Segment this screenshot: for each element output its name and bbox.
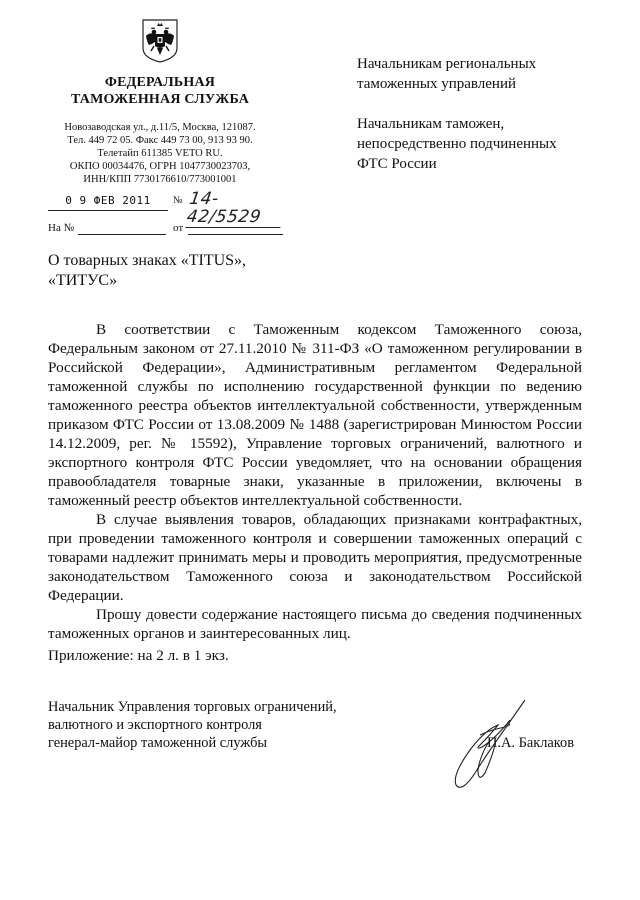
letter-body: В соответствии с Таможенным кодексом Там…	[48, 320, 582, 643]
organization-name-line: ФЕДЕРАЛЬНАЯ	[60, 74, 260, 91]
address-line: Новозаводская ул., д.11/5, Москва, 12108…	[50, 121, 270, 134]
organization-name: ФЕДЕРАЛЬНАЯ ТАМОЖЕННАЯ СЛУЖБА	[60, 74, 260, 108]
reference-row: На № от	[48, 220, 308, 238]
letter-subject: О товарных знаках «TITUS», «ТИТУС»	[48, 251, 246, 291]
registration-row: 0 9 ФЕВ 2011 № 14-42/5529	[48, 194, 308, 214]
position-line: генерал-майор таможенной службы	[48, 734, 337, 752]
signatory-name: П.А. Баклаков	[487, 734, 574, 752]
organization-name-line: ТАМОЖЕННАЯ СЛУЖБА	[60, 91, 260, 108]
subject-line: О товарных знаках «TITUS»,	[48, 251, 246, 271]
teletype-line: Телетайп 611385 VETO RU.	[50, 147, 270, 160]
inn-kpp-line: ИНН/КПП 7730176610/773001001	[50, 173, 270, 186]
okpo-ogrn-line: ОКПО 00034476, ОГРН 1047730023703,	[50, 160, 270, 173]
addressee-block: Начальникам региональных таможенных упра…	[357, 54, 536, 94]
date-stamp: 0 9 ФЕВ 2011	[48, 194, 168, 211]
signatory-position: Начальник Управления торговых ограничени…	[48, 698, 337, 752]
position-line: валютного и экспортного контроля	[48, 716, 337, 734]
reference-date-label: от	[173, 222, 183, 234]
attachment-note: Приложение: на 2 л. в 1 экз.	[48, 646, 229, 665]
addressee-line: Начальникам региональных	[357, 54, 536, 74]
addressee-line: таможенных управлений	[357, 74, 536, 94]
position-line: Начальник Управления торговых ограничени…	[48, 698, 337, 716]
addressee-line: Начальникам таможен,	[357, 114, 557, 134]
number-label: №	[173, 195, 183, 206]
body-paragraph: В соответствии с Таможенным кодексом Там…	[48, 320, 582, 510]
addressee-line: непосредственно подчиненных	[357, 134, 557, 154]
addressee-block: Начальникам таможен, непосредственно под…	[357, 114, 557, 174]
reference-date-blank	[188, 234, 283, 235]
reference-number-label: На №	[48, 222, 74, 234]
subject-line: «ТИТУС»	[48, 271, 246, 291]
body-paragraph: Прошу довести содержание настоящего пись…	[48, 605, 582, 643]
addressee-line: ФТС России	[357, 154, 557, 174]
reference-number-blank	[78, 234, 166, 235]
russian-coat-of-arms-icon	[137, 18, 183, 64]
organization-contacts: Новозаводская ул., д.11/5, Москва, 12108…	[50, 121, 270, 186]
body-paragraph: В случае выявления товаров, обладающих п…	[48, 510, 582, 605]
phone-fax-line: Тел. 449 72 05. Факс 449 73 00, 913 93 9…	[50, 134, 270, 147]
